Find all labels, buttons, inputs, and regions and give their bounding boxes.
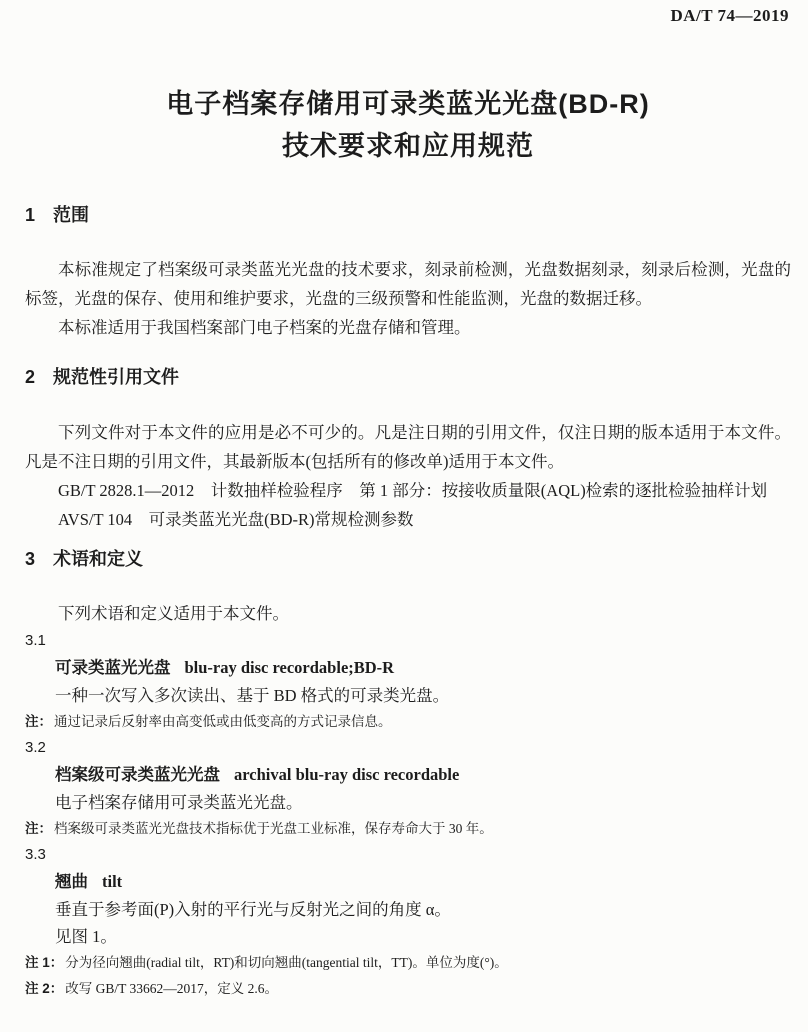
section-1-number: 1 <box>25 205 35 225</box>
term-number: 3.2 <box>25 735 791 761</box>
term-english: archival blu-ray disc recordable <box>234 765 459 784</box>
term-chinese: 档案级可录类蓝光光盘 <box>55 766 220 784</box>
term-note: 注：通过记录后反射率由高变低或由低变高的方式记录信息。 <box>25 709 791 735</box>
section-2-paragraph-1: 下列文件对于本文件的应用是必不可少的。凡是注日期的引用文件，仅注日期的版本适用于… <box>25 418 791 476</box>
section-3-number: 3 <box>25 549 35 569</box>
term-title: 可录类蓝光光盘blu-ray disc recordable;BD-R <box>25 654 791 682</box>
document-page: DA/T 74—2019 电子档案存储用可录类蓝光光盘(BD-R) 技术要求和应… <box>0 0 808 1032</box>
section-2-reference-1: GB/T 2828.1—2012 计数抽样检验程序 第 1 部分：按接收质量限(… <box>25 476 791 505</box>
term-block-3-3: 3.3 翘曲tilt 垂直于参考面(P)入射的平行光与反射光之间的角度 α。 见… <box>25 842 791 1002</box>
section-2-number: 2 <box>25 367 35 387</box>
doc-number: DA/T 74—2019 <box>25 5 791 27</box>
note-label: 注： <box>25 714 52 729</box>
note-label: 注 1： <box>25 955 63 970</box>
note-text: 通过记录后反射率由高变低或由低变高的方式记录信息。 <box>54 714 392 729</box>
doc-title: 电子档案存储用可录类蓝光光盘(BD-R) 技术要求和应用规范 <box>25 83 791 167</box>
term-number: 3.3 <box>25 842 791 868</box>
doc-title-line1: 电子档案存储用可录类蓝光光盘(BD-R) <box>25 83 791 125</box>
term-note-1: 注 1：分为径向翘曲(radial tilt，RT)和切向翘曲(tangenti… <box>25 950 791 976</box>
section-1-paragraph-2: 本标准适用于我国档案部门电子档案的光盘存储和管理。 <box>25 313 791 342</box>
section-3-intro: 下列术语和定义适用于本文件。 <box>25 599 791 628</box>
term-note: 注：档案级可录类蓝光光盘技术指标优于光盘工业标准，保存寿命大于 30 年。 <box>25 816 791 842</box>
note-text: 档案级可录类蓝光光盘技术指标优于光盘工业标准，保存寿命大于 30 年。 <box>54 821 493 836</box>
note-label: 注 2： <box>25 981 63 996</box>
term-definition: 垂直于参考面(P)入射的平行光与反射光之间的角度 α。 <box>25 896 791 923</box>
term-definition: 电子档案存储用可录类蓝光光盘。 <box>25 789 791 816</box>
note-label: 注： <box>25 821 52 836</box>
doc-title-line2: 技术要求和应用规范 <box>25 125 791 167</box>
term-title: 档案级可录类蓝光光盘archival blu-ray disc recordab… <box>25 761 791 789</box>
term-block-3-2: 3.2 档案级可录类蓝光光盘archival blu-ray disc reco… <box>25 735 791 842</box>
term-chinese: 可录类蓝光光盘 <box>55 659 171 677</box>
term-title: 翘曲tilt <box>25 868 791 896</box>
section-3-title: 术语和定义 <box>53 549 143 569</box>
section-2-heading: 2规范性引用文件 <box>25 365 791 389</box>
section-1-heading: 1范围 <box>25 203 791 227</box>
section-2-title: 规范性引用文件 <box>53 367 179 387</box>
section-2-reference-2: AVS/T 104 可录类蓝光光盘(BD-R)常规检测参数 <box>25 505 791 534</box>
term-see-figure: 见图 1。 <box>25 923 791 950</box>
section-1-paragraph-1: 本标准规定了档案级可录类蓝光光盘的技术要求，刻录前检测，光盘数据刻录，刻录后检测… <box>25 255 791 313</box>
term-chinese: 翘曲 <box>55 873 88 891</box>
term-block-3-1: 3.1 可录类蓝光光盘blu-ray disc recordable;BD-R … <box>25 628 791 735</box>
section-1-title: 范围 <box>53 205 89 225</box>
section-3-heading: 3术语和定义 <box>25 547 791 571</box>
term-number: 3.1 <box>25 628 791 654</box>
term-english: tilt <box>102 872 122 891</box>
term-note-2: 注 2：改写 GB/T 33662—2017，定义 2.6。 <box>25 976 791 1002</box>
term-english: blu-ray disc recordable;BD-R <box>185 658 395 677</box>
term-definition: 一种一次写入多次读出、基于 BD 格式的可录类光盘。 <box>25 682 791 709</box>
note-text: 改写 GB/T 33662—2017，定义 2.6。 <box>65 981 278 996</box>
note-text: 分为径向翘曲(radial tilt，RT)和切向翘曲(tangential t… <box>65 955 508 970</box>
